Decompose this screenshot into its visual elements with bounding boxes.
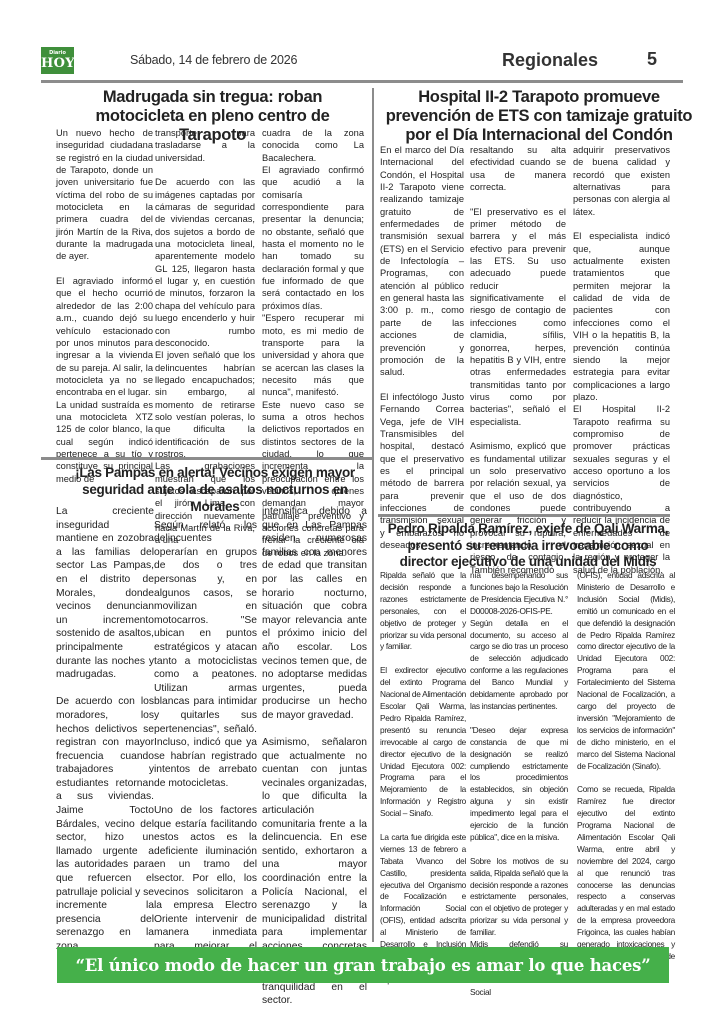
footer-quote-text: “El único modo de hacer un gran trabajo … [75,956,650,975]
article-column: Ripalda señaló que la decisión responde … [380,570,466,987]
section-divider [41,457,373,460]
page-number: 5 [647,49,657,70]
article-headline-ripalda: Pedro Ripalda Ramírez, exjefe de Qali Wa… [382,521,674,571]
article-column: La creciente inseguridad mantiene en zoz… [56,505,154,954]
masthead-rule [41,80,683,83]
article-column: En el marco del Día Internacional del Co… [380,144,464,551]
article-column: resaltando su alta efectividad cuando se… [470,144,566,576]
masthead: Diario HOY Sábado, 14 de febrero de 2026… [41,47,683,75]
section-divider [378,514,670,517]
article-column: Según relató, los delincuentes operarían… [154,505,257,981]
issue-date: Sábado, 14 de febrero de 2026 [130,53,297,67]
diario-hoy-logo: Diario HOY [41,47,74,74]
column-divider [372,457,374,942]
article-column: (OFIS), entidad adscrita al Ministerio d… [577,570,675,975]
section-title: Regionales [502,50,598,71]
footer-quote-banner: “El único modo de hacer un gran trabajo … [57,947,669,983]
article-column: Un nuevo hecho de inseguridad ciudadana … [56,127,153,485]
logo-big-text: HOY [41,57,74,70]
article-column: adquirir preservativos de buena calidad … [573,144,670,576]
article-headline-hospital: Hospital II-2 Tarapoto promueve prevenci… [380,88,698,145]
article-column: intensifica debido a que en Las Pampas r… [262,505,367,1008]
column-divider [372,88,374,461]
article-column: nía desempeñando sus funciones bajo la R… [470,570,568,999]
